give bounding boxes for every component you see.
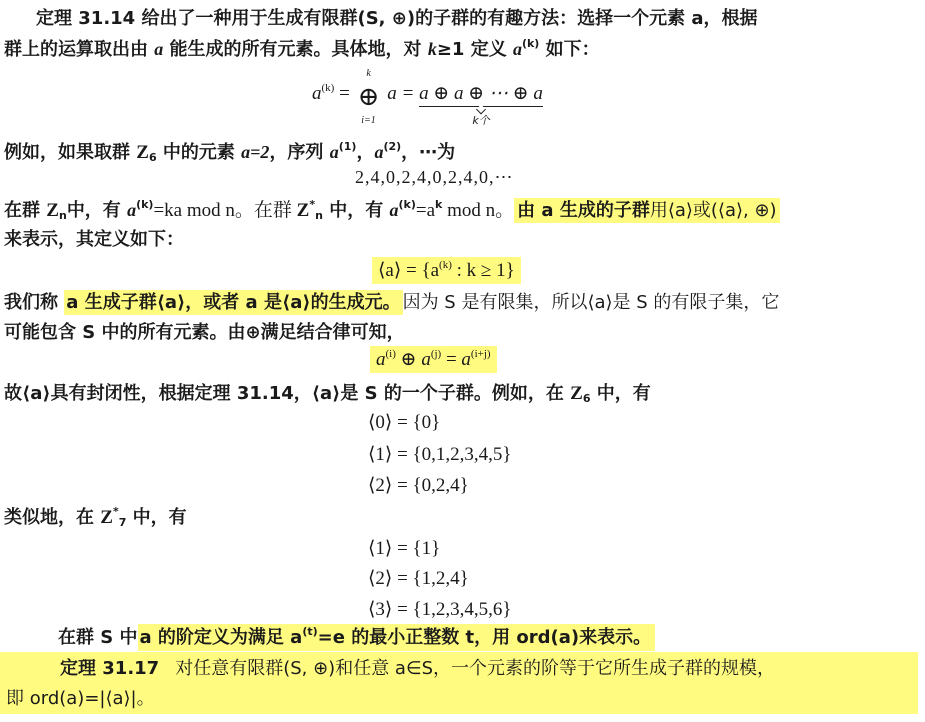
highlight-generator-def: a 生成子群⟨a⟩，或者 a 是⟨a⟩的生成元。	[64, 290, 402, 315]
circled-plus-icon: ⊕	[396, 349, 421, 370]
math-group: Z	[136, 142, 149, 163]
subscript: 6	[149, 151, 157, 164]
equals-sign: =	[334, 83, 354, 104]
math-var: a	[127, 200, 136, 220]
text-span: 在群 S 中	[58, 627, 138, 648]
theorem-line2: 即 ord(a)=|⟨a⟩|。	[0, 686, 155, 712]
para3-line1: 在群 Zn中，有 a(k)=ka mod n。在群 Z*n 中，有 a(k)=a…	[0, 197, 780, 224]
para1-line1: 定理 31.14 给出了一种用于生成有限群(S, ⊕)的子群的有趣方法：选择一个…	[0, 6, 757, 32]
text-span: 群上的运算取出由	[4, 39, 154, 60]
para7-line1: 在群 S 中a 的阶定义为满足 a(t)=e 的最小正整数 t，用 ord(a)…	[0, 625, 655, 651]
superscript: (i+j)	[471, 348, 491, 360]
superscript: (k)	[136, 198, 153, 211]
math-var: a	[330, 142, 339, 162]
math-var: a	[154, 39, 163, 59]
superscript: (k)	[439, 259, 452, 271]
math-var: k	[428, 39, 437, 59]
circled-plus-operator-icon: k ⊕ i=1	[355, 82, 383, 112]
text-span: 来表示，其定义如下：	[4, 229, 184, 250]
z7-example-0: ⟨1⟩ = {1}	[368, 537, 440, 560]
text-span: 故⟨a⟩具有封闭性，根据定理 31.14，⟨a⟩是 S 的一个子群。例如，在	[4, 383, 570, 404]
math-var: a	[461, 349, 471, 370]
subscript: n	[315, 209, 323, 222]
text-span: ，⋯为	[401, 142, 455, 163]
text-span: 例如，如果取群	[4, 142, 136, 163]
example-text: ⟨1⟩ = {1}	[368, 538, 440, 559]
para5-line1: 故⟨a⟩具有封闭性，根据定理 31.14，⟨a⟩是 S 的一个子群。例如，在 Z…	[0, 381, 651, 407]
math-text: : k ≥ 1}	[452, 260, 515, 281]
para3-line2: 来表示，其定义如下：	[0, 227, 184, 253]
superscript: (1)	[339, 140, 357, 153]
math-group: Z	[46, 200, 59, 221]
theorem-text: 对任意有限群(S, ⊕)和任意 a∈S，一个元素的阶等于它所生成子群的规模，	[175, 658, 775, 679]
math-var: a	[421, 349, 431, 370]
z6-example-2: ⟨2⟩ = {0,2,4}	[368, 474, 469, 497]
text-span: 因为 S 是有限集，所以⟨a⟩是 S 的有限子集，它	[403, 292, 780, 313]
underbrace: a ⊕ a ⊕ ⋯ ⊕ a k个	[419, 82, 543, 107]
op-lower-limit: i=1	[355, 115, 383, 126]
theorem-line1: 定理 31.17对任意有限群(S, ⊕)和任意 a∈S，一个元素的阶等于它所生成…	[0, 656, 775, 682]
equation-closure: a(i) ⊕ a(j) = a(i+j)	[370, 346, 497, 373]
math-var: a=2	[241, 142, 269, 162]
math-text: ⟨a⟩ = {a	[378, 260, 439, 281]
z7-example-1: ⟨2⟩ = {1,2,4}	[368, 567, 469, 590]
para4-line1: 我们称 a 生成子群⟨a⟩，或者 a 是⟨a⟩的生成元。因为 S 是有限集，所以…	[0, 290, 779, 316]
highlight-order-def: a 的阶定义为满足 a(t)=e 的最小正整数 t，用 ord(a)来表示。	[138, 624, 656, 651]
highlight-text: a 的阶定义为满足 a	[140, 627, 303, 648]
superscript: (k)	[399, 198, 416, 211]
highlight-subgroup-def: 由 a 生成的子群用⟨a⟩或(⟨a⟩, ⊕)	[514, 198, 779, 223]
superscript: (i)	[386, 348, 396, 360]
sequence-text: 2,4,0,2,4,0,2,4,0,⋯	[355, 167, 514, 187]
superscript: (k)	[322, 82, 335, 94]
math-group: Z	[570, 383, 583, 404]
math-term: a =	[387, 83, 419, 104]
example-text: ⟨0⟩ = {0}	[368, 412, 440, 433]
text-span: 可能包含 S 中的所有元素。由⊕满足结合律可知，	[4, 322, 405, 343]
math-group: Z	[297, 200, 310, 221]
text-span: =a	[416, 200, 435, 221]
text-span: ≥1 定义	[437, 39, 513, 60]
expansion-text: a ⊕ a ⊕ ⋯ ⊕ a	[419, 83, 543, 104]
superscript: (t)	[302, 625, 317, 638]
sequence-line: 2,4,0,2,4,0,2,4,0,⋯	[355, 167, 514, 188]
equals-sign: =	[441, 349, 461, 370]
para1-line2: 群上的运算取出由 a 能生成的所有元素。具体地，对 k≥1 定义 a(k) 如下…	[0, 36, 600, 63]
z6-example-1: ⟨1⟩ = {0,1,2,3,4,5}	[368, 443, 512, 466]
theorem-label: 定理 31.17	[60, 658, 159, 679]
brace-label: k个	[472, 112, 489, 128]
math-var: a	[312, 83, 322, 104]
text-span: 中，有	[323, 200, 390, 221]
op-symbol: ⊕	[358, 82, 380, 111]
z6-example-0: ⟨0⟩ = {0}	[368, 411, 440, 434]
text-span: 在群	[4, 200, 46, 221]
text-span: 中，有	[67, 200, 127, 221]
text-span: 我们称	[4, 292, 64, 313]
superscript: (k)	[522, 37, 539, 50]
example-text: ⟨3⟩ = {1,2,3,4,5,6}	[368, 599, 512, 620]
z7-example-2: ⟨3⟩ = {1,2,3,4,5,6}	[368, 598, 512, 621]
para1-text: 定理 31.14 给出了一种用于生成有限群(S, ⊕)的子群的有趣方法：选择一个…	[36, 8, 757, 29]
text-span: =ka mod n。在群	[153, 200, 296, 221]
math-var: a	[376, 349, 386, 370]
equation-subgroup-set: ⟨a⟩ = {a(k) : k ≥ 1}	[372, 257, 521, 284]
math-var: a	[513, 39, 522, 59]
text-span: ，	[356, 142, 374, 163]
theorem-text: 即 ord(a)=|⟨a⟩|。	[6, 688, 155, 709]
text-span: mod n。	[442, 200, 514, 221]
para2-line1: 例如，如果取群 Z6 中的元素 a=2，序列 a(1)，a(2)，⋯为	[0, 139, 455, 166]
para6-line1: 类似地，在 Z*7 中，有	[0, 505, 187, 531]
example-text: ⟨1⟩ = {0,1,2,3,4,5}	[368, 444, 512, 465]
superscript: (j)	[431, 348, 441, 360]
math-group: Z	[100, 507, 113, 528]
equation-ak-definition: a(k) = k ⊕ i=1 a = a ⊕ a ⊕ ⋯ ⊕ a k个	[312, 82, 543, 112]
text-span: 中，有	[591, 383, 651, 404]
para4-line2: 可能包含 S 中的所有元素。由⊕满足结合律可知，	[0, 320, 405, 346]
subscript: n	[59, 209, 67, 222]
op-upper-limit: k	[355, 68, 383, 79]
example-text: ⟨2⟩ = {1,2,4}	[368, 568, 469, 589]
text-span: 如下：	[539, 39, 599, 60]
superscript: (2)	[383, 140, 401, 153]
text-span: 中，有	[126, 507, 186, 528]
highlight-bold-text: 由 a 生成的子群	[517, 200, 650, 221]
subscript: 6	[583, 392, 591, 405]
math-var: a	[390, 200, 399, 220]
text-span: 类似地，在	[4, 507, 100, 528]
text-span: ，序列	[269, 142, 329, 163]
highlight-bold-text: a 生成子群⟨a⟩，或者 a 是⟨a⟩的生成元。	[66, 292, 400, 313]
highlight-text: 用⟨a⟩或(⟨a⟩, ⊕)	[650, 200, 777, 221]
text-span: 中的元素	[157, 142, 242, 163]
highlight-text: =e 的最小正整数 t，用 ord(a)来表示。	[318, 627, 651, 648]
text-span: 能生成的所有元素。具体地，对	[163, 39, 428, 60]
example-text: ⟨2⟩ = {0,2,4}	[368, 475, 469, 496]
